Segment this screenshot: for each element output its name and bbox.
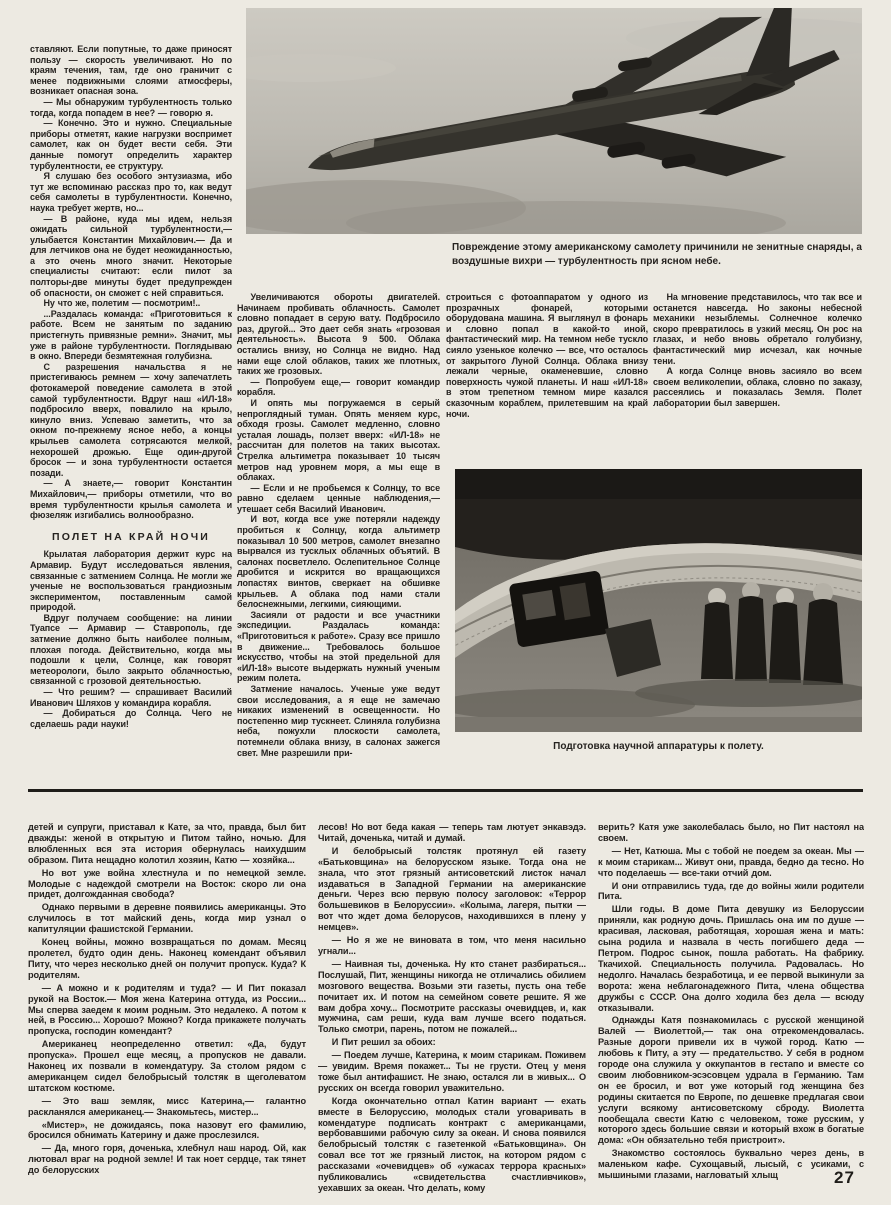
- top-column-1-part2: Крылатая лаборатория держит курс на Арма…: [30, 549, 232, 729]
- paragraph: И они отправились туда, где до войны жил…: [598, 881, 864, 903]
- paragraph: — Если и не пробьемся к Солнцу, то все р…: [237, 483, 440, 515]
- paragraph: — Мы обнаружим турбулентность только тог…: [30, 97, 232, 118]
- paragraph: Знакомство состоялось буквально через де…: [598, 1148, 864, 1181]
- paragraph: Крылатая лаборатория держит курс на Арма…: [30, 549, 232, 613]
- paragraph: — Добираться до Солнца. Чего не сделаешь…: [30, 708, 232, 729]
- paragraph: — Да, много горя, доченька, хлебнул наш …: [28, 1143, 306, 1176]
- paragraph: И белобрысый толстяк протянул ей газету …: [318, 846, 586, 933]
- paragraph: детей и супруги, приставал к Кате, за чт…: [28, 822, 306, 866]
- paragraph: Американец неопределенно ответил: «Да, б…: [28, 1039, 306, 1094]
- paragraph: Однажды Катя познакомилась с русской жен…: [598, 1015, 864, 1146]
- paragraph: строиться с фотоаппаратом у одного из пр…: [446, 292, 648, 419]
- paragraph: Конец войны, можно возвращаться по домам…: [28, 937, 306, 981]
- bomber-photo-image: [246, 8, 862, 234]
- paragraph: С разрешения начальства я не пристегиваю…: [30, 362, 232, 479]
- top-column-4: На мгновение представилось, что так все …: [653, 292, 862, 466]
- paragraph: — В районе, куда мы идем, нельзя ожидать…: [30, 214, 232, 299]
- paragraph: Засияли от радости и все участники экспе…: [237, 610, 440, 684]
- paragraph: Шли годы. В доме Пита девушку из Белорус…: [598, 904, 864, 1013]
- top-column-1-part1: ставляют. Если попутные, то даже принося…: [30, 44, 232, 521]
- paragraph: ...Раздалась команда: «Приготовиться к р…: [30, 309, 232, 362]
- apparatus-photo-image: [455, 469, 862, 732]
- magazine-page: Повреждение этому американскому самолету…: [0, 0, 891, 1205]
- paragraph: Я слушаю без особого энтузиазма, ибо тут…: [30, 171, 232, 213]
- paragraph: Однако первыми в деревне появились амери…: [28, 902, 306, 935]
- paragraph: — А можно и к родителям и туда? — И Пит …: [28, 983, 306, 1038]
- paragraph: Когда окончательно отпал Катин вариант —…: [318, 1096, 586, 1194]
- bomber-photo-caption: Повреждение этому американскому самолету…: [452, 241, 862, 268]
- paragraph: — А знаете,— говорит Константин Михайлов…: [30, 478, 232, 520]
- paragraph: А когда Солнце вновь засияло во всем сво…: [653, 366, 862, 408]
- paragraph: «Мистер», не дожидаясь, пока назовут его…: [28, 1120, 306, 1142]
- apparatus-photo: [455, 469, 862, 732]
- top-column-3: строиться с фотоаппаратом у одного из пр…: [446, 292, 648, 466]
- paragraph: Вдруг получаем сообщение: на линии Туапс…: [30, 613, 232, 687]
- paragraph: лесов! Но вот беда какая — теперь там лю…: [318, 822, 586, 844]
- paragraph: — Попробуем еще,— говорит командир кораб…: [237, 377, 440, 398]
- paragraph: Ну что же, полетим — посмотрим!..: [30, 298, 232, 309]
- paragraph: — Нет, Катюша. Мы с тобой не поедем за о…: [598, 846, 864, 879]
- bottom-column-1: детей и супруги, приставал к Кате, за чт…: [28, 822, 306, 1194]
- paragraph: И опять мы погружаемся в серый непрогляд…: [237, 398, 440, 483]
- paragraph: На мгновение представилось, что так все …: [653, 292, 862, 366]
- bottom-column-3: верить? Катя уже заколебалась было, но П…: [598, 822, 864, 1194]
- paragraph: — Что решим? — спрашивает Василий Иванов…: [30, 687, 232, 708]
- paragraph: ставляют. Если попутные, то даже принося…: [30, 44, 232, 97]
- article-divider-rule: [28, 789, 863, 792]
- paragraph: Увеличиваются обороты двигателей. Начина…: [237, 292, 440, 377]
- paragraph: — Конечно. Это и нужно. Специальные приб…: [30, 118, 232, 171]
- top-column-2: Увеличиваются обороты двигателей. Начина…: [237, 292, 440, 812]
- paragraph: Затмение началось. Ученые уже ведут свои…: [237, 684, 440, 758]
- bottom-column-2: лесов! Но вот беда какая — теперь там лю…: [318, 822, 586, 1194]
- page-number: 27: [834, 1168, 855, 1188]
- apparatus-photo-caption: Подготовка научной аппаратуры к полету.: [455, 740, 862, 754]
- paragraph: Но вот уже война хлестнула и по немецкой…: [28, 868, 306, 901]
- bomber-photo: [246, 8, 862, 234]
- paragraph: верить? Катя уже заколебалась было, но П…: [598, 822, 864, 844]
- paragraph: — Наивная ты, доченька. Ну кто станет ра…: [318, 959, 586, 1035]
- paragraph: И вот, когда все уже потеряли надежду пр…: [237, 514, 440, 609]
- article-heading: ПОЛЕТ НА КРАЙ НОЧИ: [30, 532, 232, 543]
- paragraph: — Поедем лучше, Катерина, к моим старика…: [318, 1050, 586, 1094]
- paragraph: — Но я же не виновата в том, что меня на…: [318, 935, 586, 957]
- paragraph: — Это ваш земляк, мисс Катерина,— галант…: [28, 1096, 306, 1118]
- paragraph: И Пит решил за обоих:: [318, 1037, 586, 1048]
- top-column-1: ставляют. Если попутные, то даже принося…: [30, 44, 232, 810]
